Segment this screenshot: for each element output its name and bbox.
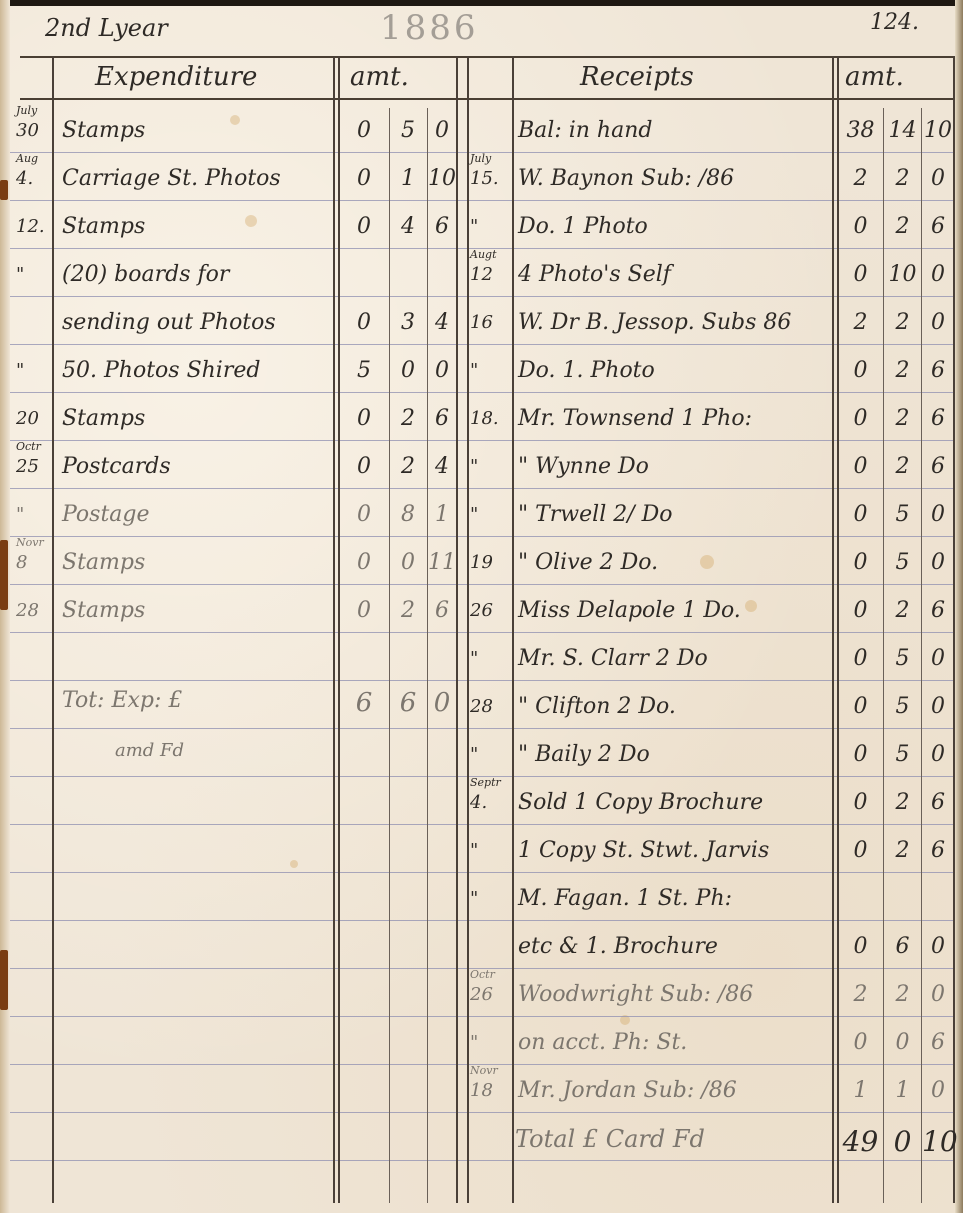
row-pounds: 0 (340, 502, 388, 527)
row-shillings: 2 (884, 598, 921, 623)
column-rule-exp-pence (427, 108, 428, 1203)
row-description: Stamps (62, 550, 145, 575)
row-description: on acct. Ph: St. (518, 1030, 687, 1055)
row-description: " Olive 2 Do. (518, 550, 658, 575)
row-pence: 0 (922, 646, 954, 671)
row-shillings: 0 (390, 550, 426, 575)
row-day: 4. (470, 792, 487, 813)
expenditure-total-sub: amd Fd (115, 740, 184, 761)
row-pounds: 0 (838, 1030, 883, 1055)
row-description: Stamps (62, 118, 145, 143)
row-pounds: 0 (838, 358, 883, 383)
row-pence: 0 (922, 166, 954, 191)
row-description: " Clifton 2 Do. (518, 694, 676, 719)
row-description: Mr. S. Clarr 2 Do (518, 646, 708, 671)
row-day: 12. (16, 216, 45, 237)
row-pence: 4 (428, 454, 456, 479)
row-shillings: 10 (884, 262, 921, 287)
row-day: 8 (16, 552, 27, 573)
row-pence: 0 (922, 262, 954, 287)
row-pence: 6 (922, 838, 954, 863)
row-pounds: 0 (340, 598, 388, 623)
receipts-total-label: Total £ Card Fd (515, 1125, 705, 1153)
page-top-edge (0, 0, 963, 6)
row-description: M. Fagan. 1 St. Ph: (518, 886, 732, 911)
row-description: Stamps (62, 598, 145, 623)
ruled-line (10, 872, 955, 873)
row-description: " Baily 2 Do (518, 742, 650, 767)
row-day: 20 (16, 408, 39, 429)
row-day: " (470, 216, 478, 237)
row-month: Octr (16, 440, 41, 453)
row-pounds: 0 (838, 646, 883, 671)
row-description: Do. 1. Photo (518, 358, 655, 383)
row-shillings: 2 (884, 982, 921, 1007)
ruled-line (10, 296, 955, 297)
row-description: Carriage St. Photos (62, 166, 281, 191)
row-pounds: 0 (838, 934, 883, 959)
row-pounds: 0 (340, 406, 388, 431)
row-description: 1 Copy St. Stwt. Jarvis (518, 838, 769, 863)
receipts-amount-header: amt. (845, 62, 904, 92)
row-description: 4 Photo's Self (518, 262, 671, 287)
ruled-line (10, 344, 955, 345)
row-day: 12 (470, 264, 493, 285)
row-day: " (16, 504, 24, 525)
expenditure-total-pounds: 6 (340, 688, 388, 718)
row-description: Sold 1 Copy Brochure (518, 790, 763, 815)
row-pence: 0 (922, 934, 954, 959)
row-pence: 1 (428, 502, 456, 527)
row-day: 18 (470, 1080, 493, 1101)
row-pence: 6 (428, 598, 456, 623)
column-rule-exp-amount-left (333, 56, 335, 1203)
row-description: Postage (62, 502, 150, 527)
row-pounds: 0 (838, 550, 883, 575)
row-description: sending out Photos (62, 310, 276, 335)
row-day: " (470, 1032, 478, 1053)
row-shillings: 5 (390, 118, 426, 143)
row-description: " Trwell 2/ Do (518, 502, 673, 527)
row-day: 28 (16, 600, 39, 621)
row-description: Stamps (62, 406, 145, 431)
row-description: Do. 1 Photo (518, 214, 648, 239)
ruled-line (10, 632, 955, 633)
row-day: " (470, 744, 478, 765)
row-description: Stamps (62, 214, 145, 239)
row-day: 26 (470, 984, 493, 1005)
row-pence: 11 (428, 550, 456, 575)
row-shillings: 3 (390, 310, 426, 335)
foxing-spot (245, 215, 257, 227)
row-day: 18. (470, 408, 499, 429)
column-rule-divider2 (467, 56, 469, 1203)
row-day: " (470, 648, 478, 669)
row-shillings: 2 (390, 454, 426, 479)
expenditure-header: Expenditure (95, 62, 257, 92)
row-day: 19 (470, 552, 493, 573)
ruled-line (10, 488, 955, 489)
row-day: " (470, 504, 478, 525)
row-description: Miss Delapole 1 Do. (518, 598, 741, 623)
row-day: " (470, 840, 478, 861)
column-rule-exp-shillings (389, 108, 390, 1203)
row-day: " (16, 360, 24, 381)
row-shillings: 6 (884, 934, 921, 959)
ruled-line (10, 440, 955, 441)
row-shillings: 5 (884, 502, 921, 527)
row-pounds: 38 (838, 118, 883, 143)
row-shillings: 0 (884, 1030, 921, 1055)
page-number: 124. (870, 10, 919, 35)
row-pounds: 0 (838, 262, 883, 287)
row-description: Mr. Townsend 1 Pho: (518, 406, 752, 431)
ruled-line (10, 536, 955, 537)
expenditure-total-pence: 0 (428, 688, 456, 718)
foxing-spot (230, 115, 240, 125)
row-description: Woodwright Sub: /86 (518, 982, 753, 1007)
row-pence: 6 (922, 790, 954, 815)
row-pence: 0 (922, 310, 954, 335)
row-pounds: 0 (838, 406, 883, 431)
row-shillings: 2 (390, 406, 426, 431)
row-shillings: 1 (390, 166, 426, 191)
row-pence: 6 (922, 214, 954, 239)
row-day: 4. (16, 168, 33, 189)
row-shillings: 2 (884, 310, 921, 335)
row-description: 50. Photos Shired (62, 358, 260, 383)
expenditure-total-label: Tot: Exp: £ (62, 688, 182, 713)
receipts-header: Receipts (580, 62, 694, 92)
row-description: (20) boards for (62, 262, 229, 287)
ledger-page: 2nd Lyear 1886 124. Expenditure amt. Rec… (0, 0, 963, 1213)
row-month: Octr (470, 968, 495, 981)
row-day: 28 (470, 696, 493, 717)
row-pounds: 0 (838, 694, 883, 719)
rust-stain (0, 540, 8, 610)
row-pence: 10 (922, 118, 954, 143)
row-day: " (16, 264, 24, 285)
row-pounds: 2 (838, 982, 883, 1007)
row-pence: 6 (428, 406, 456, 431)
row-pence: 6 (922, 598, 954, 623)
row-month: Augt (470, 248, 497, 261)
rust-stain (0, 950, 8, 1010)
row-pounds: 0 (838, 454, 883, 479)
row-day: 30 (16, 120, 39, 141)
row-shillings: 14 (884, 118, 921, 143)
ruled-line (10, 1016, 955, 1017)
row-pounds: 0 (340, 550, 388, 575)
foxing-spot (700, 555, 714, 569)
row-shillings: 2 (884, 790, 921, 815)
row-pounds: 0 (838, 502, 883, 527)
ruled-line (10, 680, 955, 681)
row-pounds: 0 (838, 598, 883, 623)
row-day: 15. (470, 168, 499, 189)
row-description: Mr. Jordan Sub: /86 (518, 1078, 737, 1103)
column-rule-exp-date (52, 56, 54, 1203)
receipts-total-shillings: 0 (884, 1125, 921, 1158)
ruled-line (10, 920, 955, 921)
ruled-line (10, 728, 955, 729)
row-pounds: 0 (340, 310, 388, 335)
row-day: " (470, 360, 478, 381)
receipts-total-pence: 10 (922, 1125, 954, 1158)
row-shillings: 2 (390, 598, 426, 623)
row-shillings: 8 (390, 502, 426, 527)
row-shillings: 4 (390, 214, 426, 239)
row-pounds: 0 (838, 838, 883, 863)
column-rule-rec-amount-left (832, 56, 834, 1203)
ruled-line (10, 1112, 955, 1113)
row-pence: 0 (922, 982, 954, 1007)
ruled-line (10, 1160, 955, 1161)
receipts-total-pounds: 49 (838, 1125, 883, 1158)
row-day: 25 (16, 456, 39, 477)
row-shillings: 2 (884, 166, 921, 191)
row-pounds: 2 (838, 166, 883, 191)
row-month: July (16, 104, 37, 117)
row-pounds: 0 (340, 214, 388, 239)
row-shillings: 0 (390, 358, 426, 383)
row-shillings: 2 (884, 406, 921, 431)
row-pounds: 2 (838, 310, 883, 335)
expenditure-total-shillings: 6 (390, 688, 426, 718)
row-pounds: 0 (340, 454, 388, 479)
row-pence: 10 (428, 166, 456, 191)
row-shillings: 2 (884, 214, 921, 239)
row-month: Novr (16, 536, 44, 549)
row-month: July (470, 152, 491, 165)
rust-stain (0, 180, 8, 200)
row-day: 16 (470, 312, 493, 333)
expenditure-amount-header: amt. (350, 62, 409, 92)
row-shillings: 5 (884, 646, 921, 671)
row-shillings: 5 (884, 742, 921, 767)
row-month: Aug (16, 152, 38, 165)
row-month: Septr (470, 776, 501, 789)
page-right-edge (955, 0, 963, 1213)
row-pounds: 1 (838, 1078, 883, 1103)
column-rule-rec-date (512, 56, 514, 1203)
row-shillings: 5 (884, 550, 921, 575)
row-pounds: 0 (838, 790, 883, 815)
header-rule-bottom (20, 98, 955, 100)
row-pounds: 5 (340, 358, 388, 383)
row-day: " (470, 888, 478, 909)
row-day: 26 (470, 600, 493, 621)
row-shillings: 1 (884, 1078, 921, 1103)
row-pence: 6 (428, 214, 456, 239)
year-pencil: 1886 (380, 8, 479, 48)
row-pence: 0 (922, 742, 954, 767)
ruled-line (10, 824, 955, 825)
row-shillings: 2 (884, 358, 921, 383)
row-day: " (470, 456, 478, 477)
heading-left: 2nd Lyear (45, 14, 168, 42)
row-pence: 6 (922, 406, 954, 431)
row-pence: 4 (428, 310, 456, 335)
row-pence: 6 (922, 1030, 954, 1055)
header-rule-top (20, 56, 955, 58)
row-shillings: 2 (884, 838, 921, 863)
ruled-line (10, 200, 955, 201)
row-description: etc & 1. Brochure (518, 934, 718, 959)
row-pence: 0 (428, 118, 456, 143)
column-rule-divider (456, 56, 458, 1203)
ruled-line (10, 392, 955, 393)
row-pounds: 0 (340, 118, 388, 143)
row-month: Novr (470, 1064, 498, 1077)
row-pence: 0 (428, 358, 456, 383)
row-pounds: 0 (340, 166, 388, 191)
row-pence: 6 (922, 454, 954, 479)
row-description: Bal: in hand (518, 118, 652, 143)
foxing-spot (290, 860, 298, 868)
row-description: W. Baynon Sub: /86 (518, 166, 734, 191)
row-pence: 0 (922, 694, 954, 719)
row-description: Postcards (62, 454, 171, 479)
row-pounds: 0 (838, 742, 883, 767)
row-shillings: 5 (884, 694, 921, 719)
row-pence: 0 (922, 502, 954, 527)
foxing-spot (745, 600, 757, 612)
row-pence: 0 (922, 1078, 954, 1103)
ruled-line (10, 584, 955, 585)
row-pence: 0 (922, 550, 954, 575)
row-description: " Wynne Do (518, 454, 649, 479)
row-description: W. Dr B. Jessop. Subs 86 (518, 310, 791, 335)
row-pounds: 0 (838, 214, 883, 239)
row-pence: 6 (922, 358, 954, 383)
row-shillings: 2 (884, 454, 921, 479)
